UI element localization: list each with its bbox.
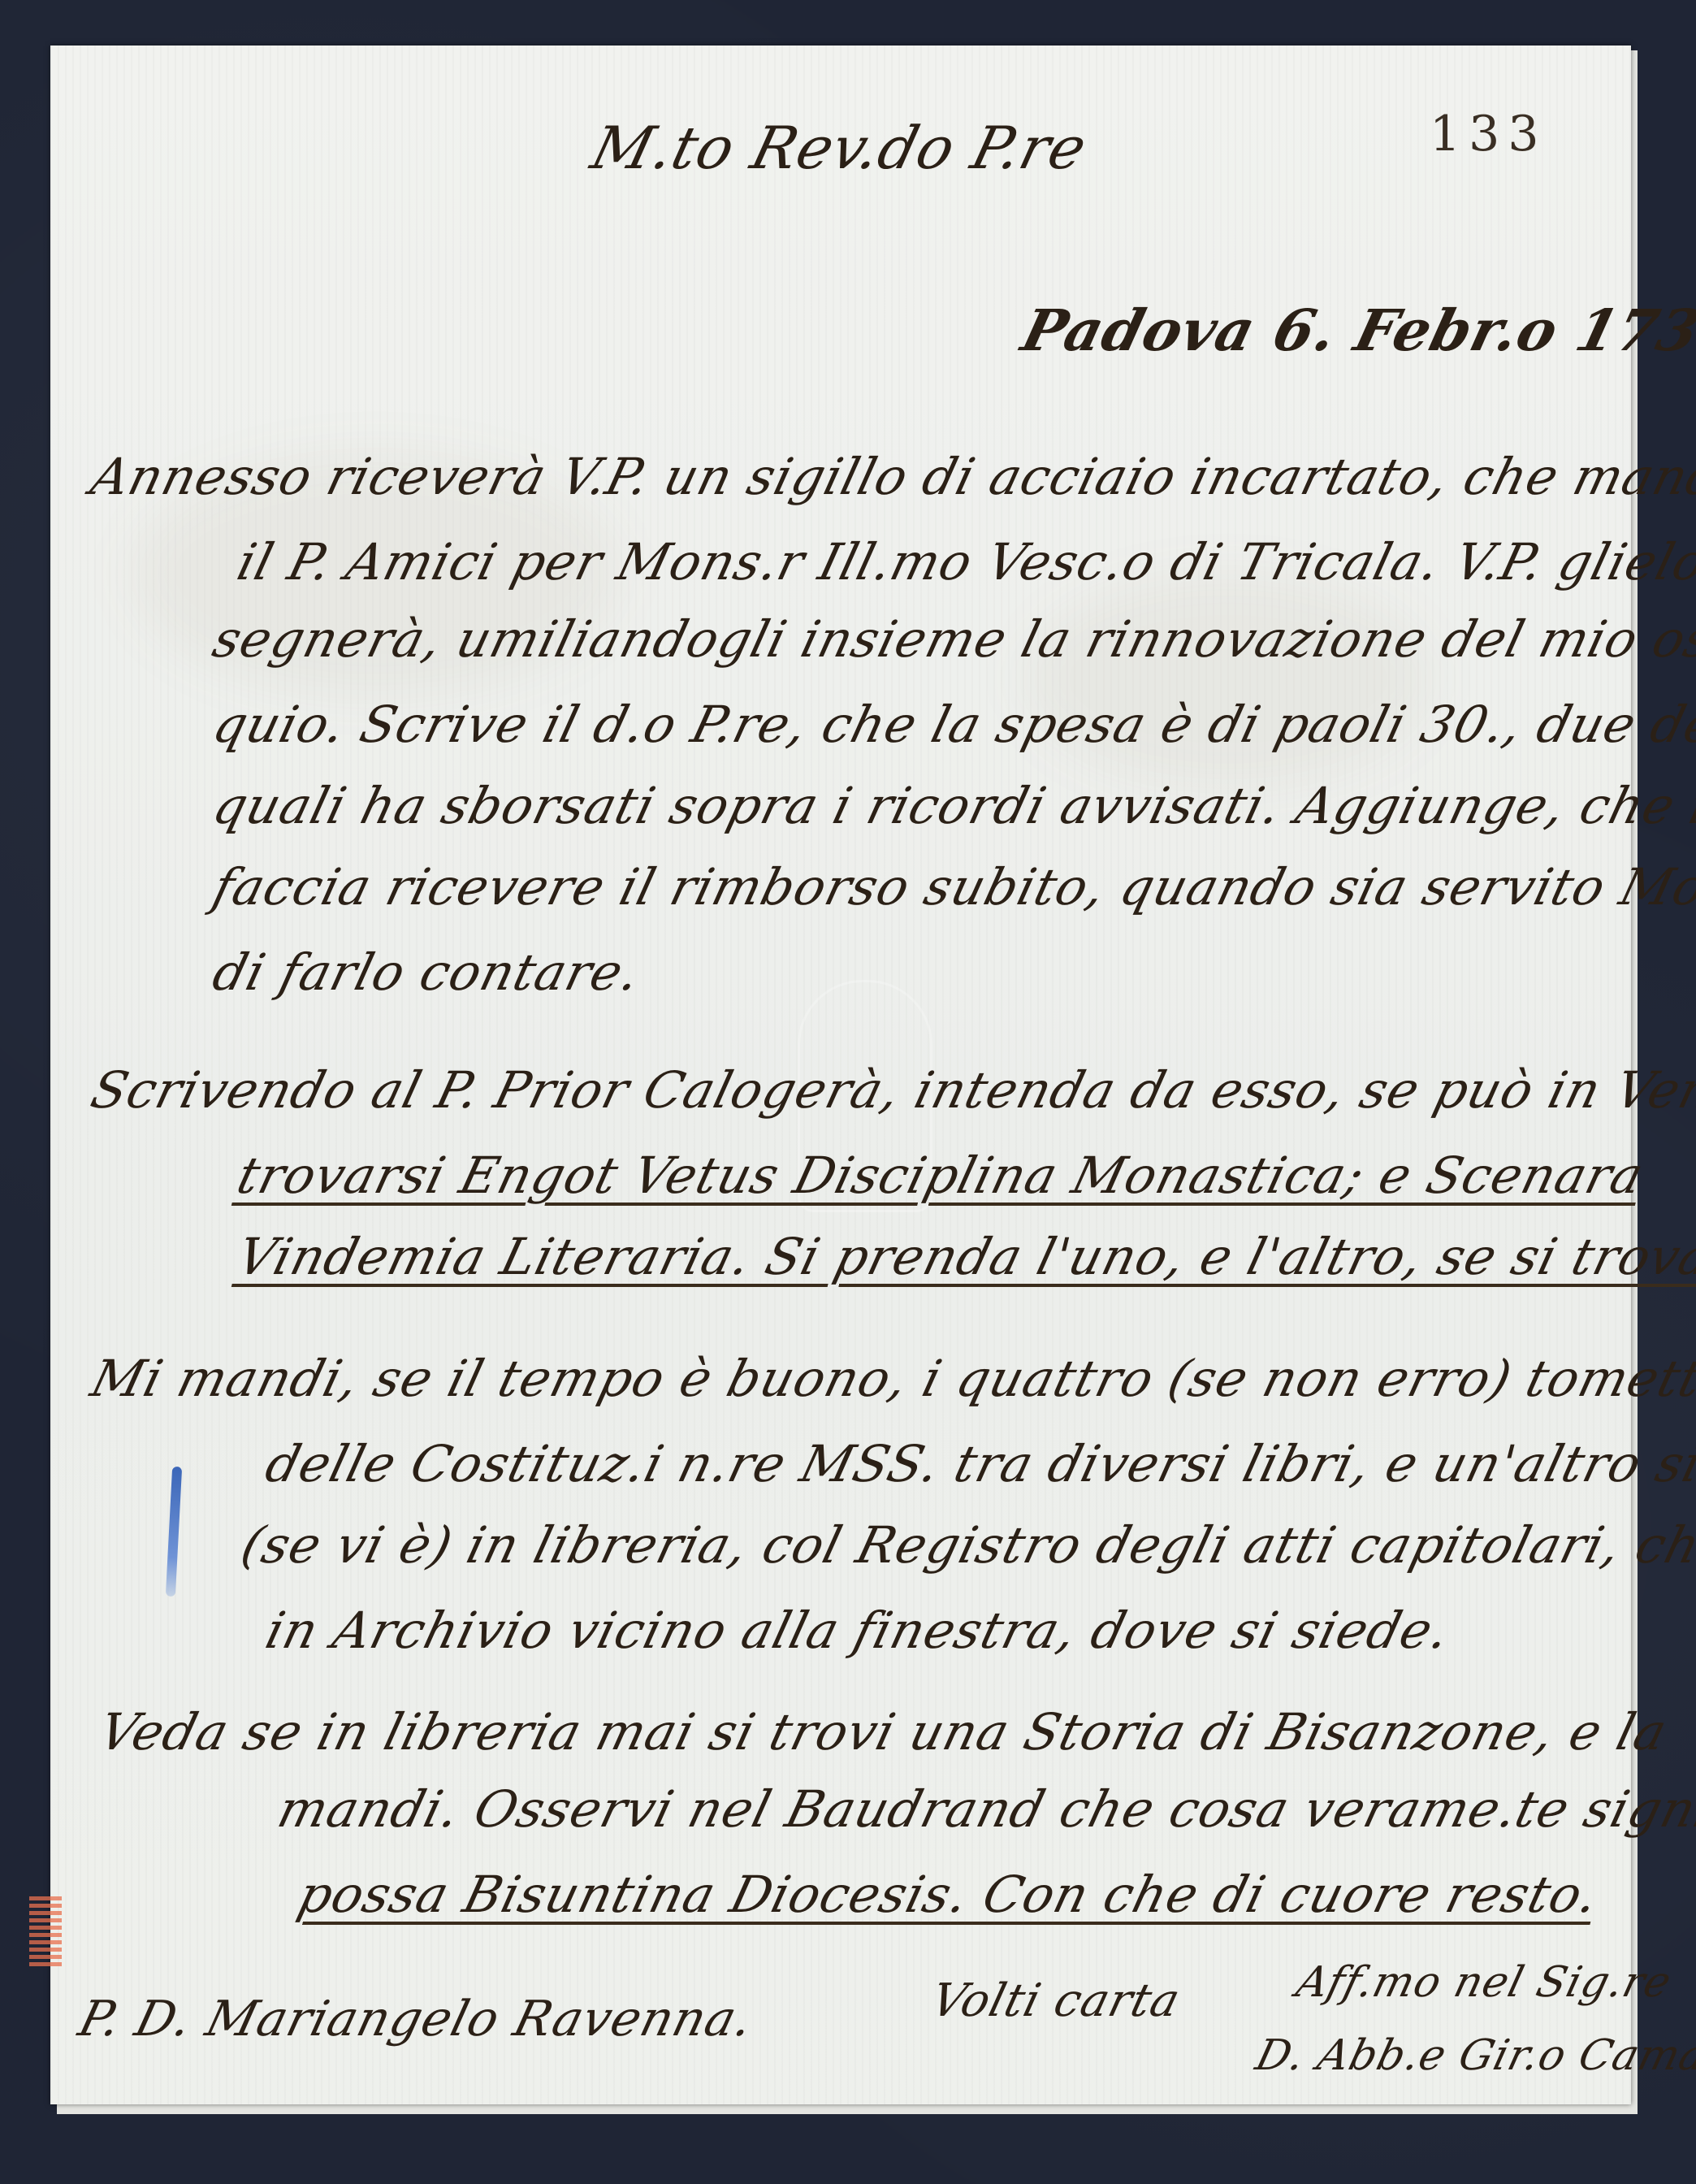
- body-line: Mi mandi, se il tempo è buono, i quattro…: [85, 1349, 1696, 1408]
- body-line: Annesso riceverà V.P. un sigillo di acci…: [85, 447, 1696, 506]
- body-line: segnerà, umiliandogli insieme la rinnova…: [207, 609, 1696, 669]
- body-line-underlined: Vindemia Literaria. Si prenda l'uno, e l…: [231, 1227, 1696, 1286]
- body-line: in Archivio vicino alla finestra, dove s…: [260, 1601, 1456, 1660]
- body-line: faccia ricevere il rimborso subito, quan…: [207, 857, 1696, 916]
- body-line: Scrivendo al P. Prior Calogerà, intenda …: [85, 1060, 1696, 1120]
- folio-number: 133: [1430, 106, 1547, 162]
- closing-formula: Aff.mo nel Sig.re: [1291, 1958, 1677, 2007]
- signature: D. Abb.e Gir.o Camaldi: [1251, 2031, 1696, 2080]
- red-stamp-mark: [29, 1893, 62, 1966]
- turn-over-note: Volti carta: [926, 1974, 1186, 2027]
- body-line-underlined: trovarsi Engot Vetus Disciplina Monastic…: [231, 1146, 1650, 1205]
- body-line-underlined: possa Bisuntina Diocesis. Con che di cuo…: [292, 1865, 1605, 1924]
- dateline: Padova 6. Febr.o 1730.: [1015, 297, 1696, 364]
- body-line: il P. Amici per Mons.r Ill.mo Vesc.o di …: [231, 532, 1696, 591]
- body-line: delle Costituz.i n.re MSS. tra diversi l…: [260, 1434, 1696, 1493]
- body-line: Veda se in libreria mai si trovi una Sto…: [93, 1702, 1673, 1761]
- body-line: quali ha sborsati sopra i ricordi avvisa…: [207, 776, 1696, 835]
- salutation: M.to Rev.do P.re: [585, 114, 1094, 182]
- body-line: quio. Scrive il d.o P.re, che la spesa è…: [207, 695, 1696, 754]
- body-line: di farlo contare.: [207, 942, 647, 1002]
- addressee: P. D. Mariangelo Ravenna.: [73, 1991, 759, 2047]
- body-line: (se vi è) in libreria, col Registro degl…: [236, 1515, 1696, 1575]
- body-line: mandi. Osservi nel Baudrand che cosa ver…: [272, 1779, 1696, 1839]
